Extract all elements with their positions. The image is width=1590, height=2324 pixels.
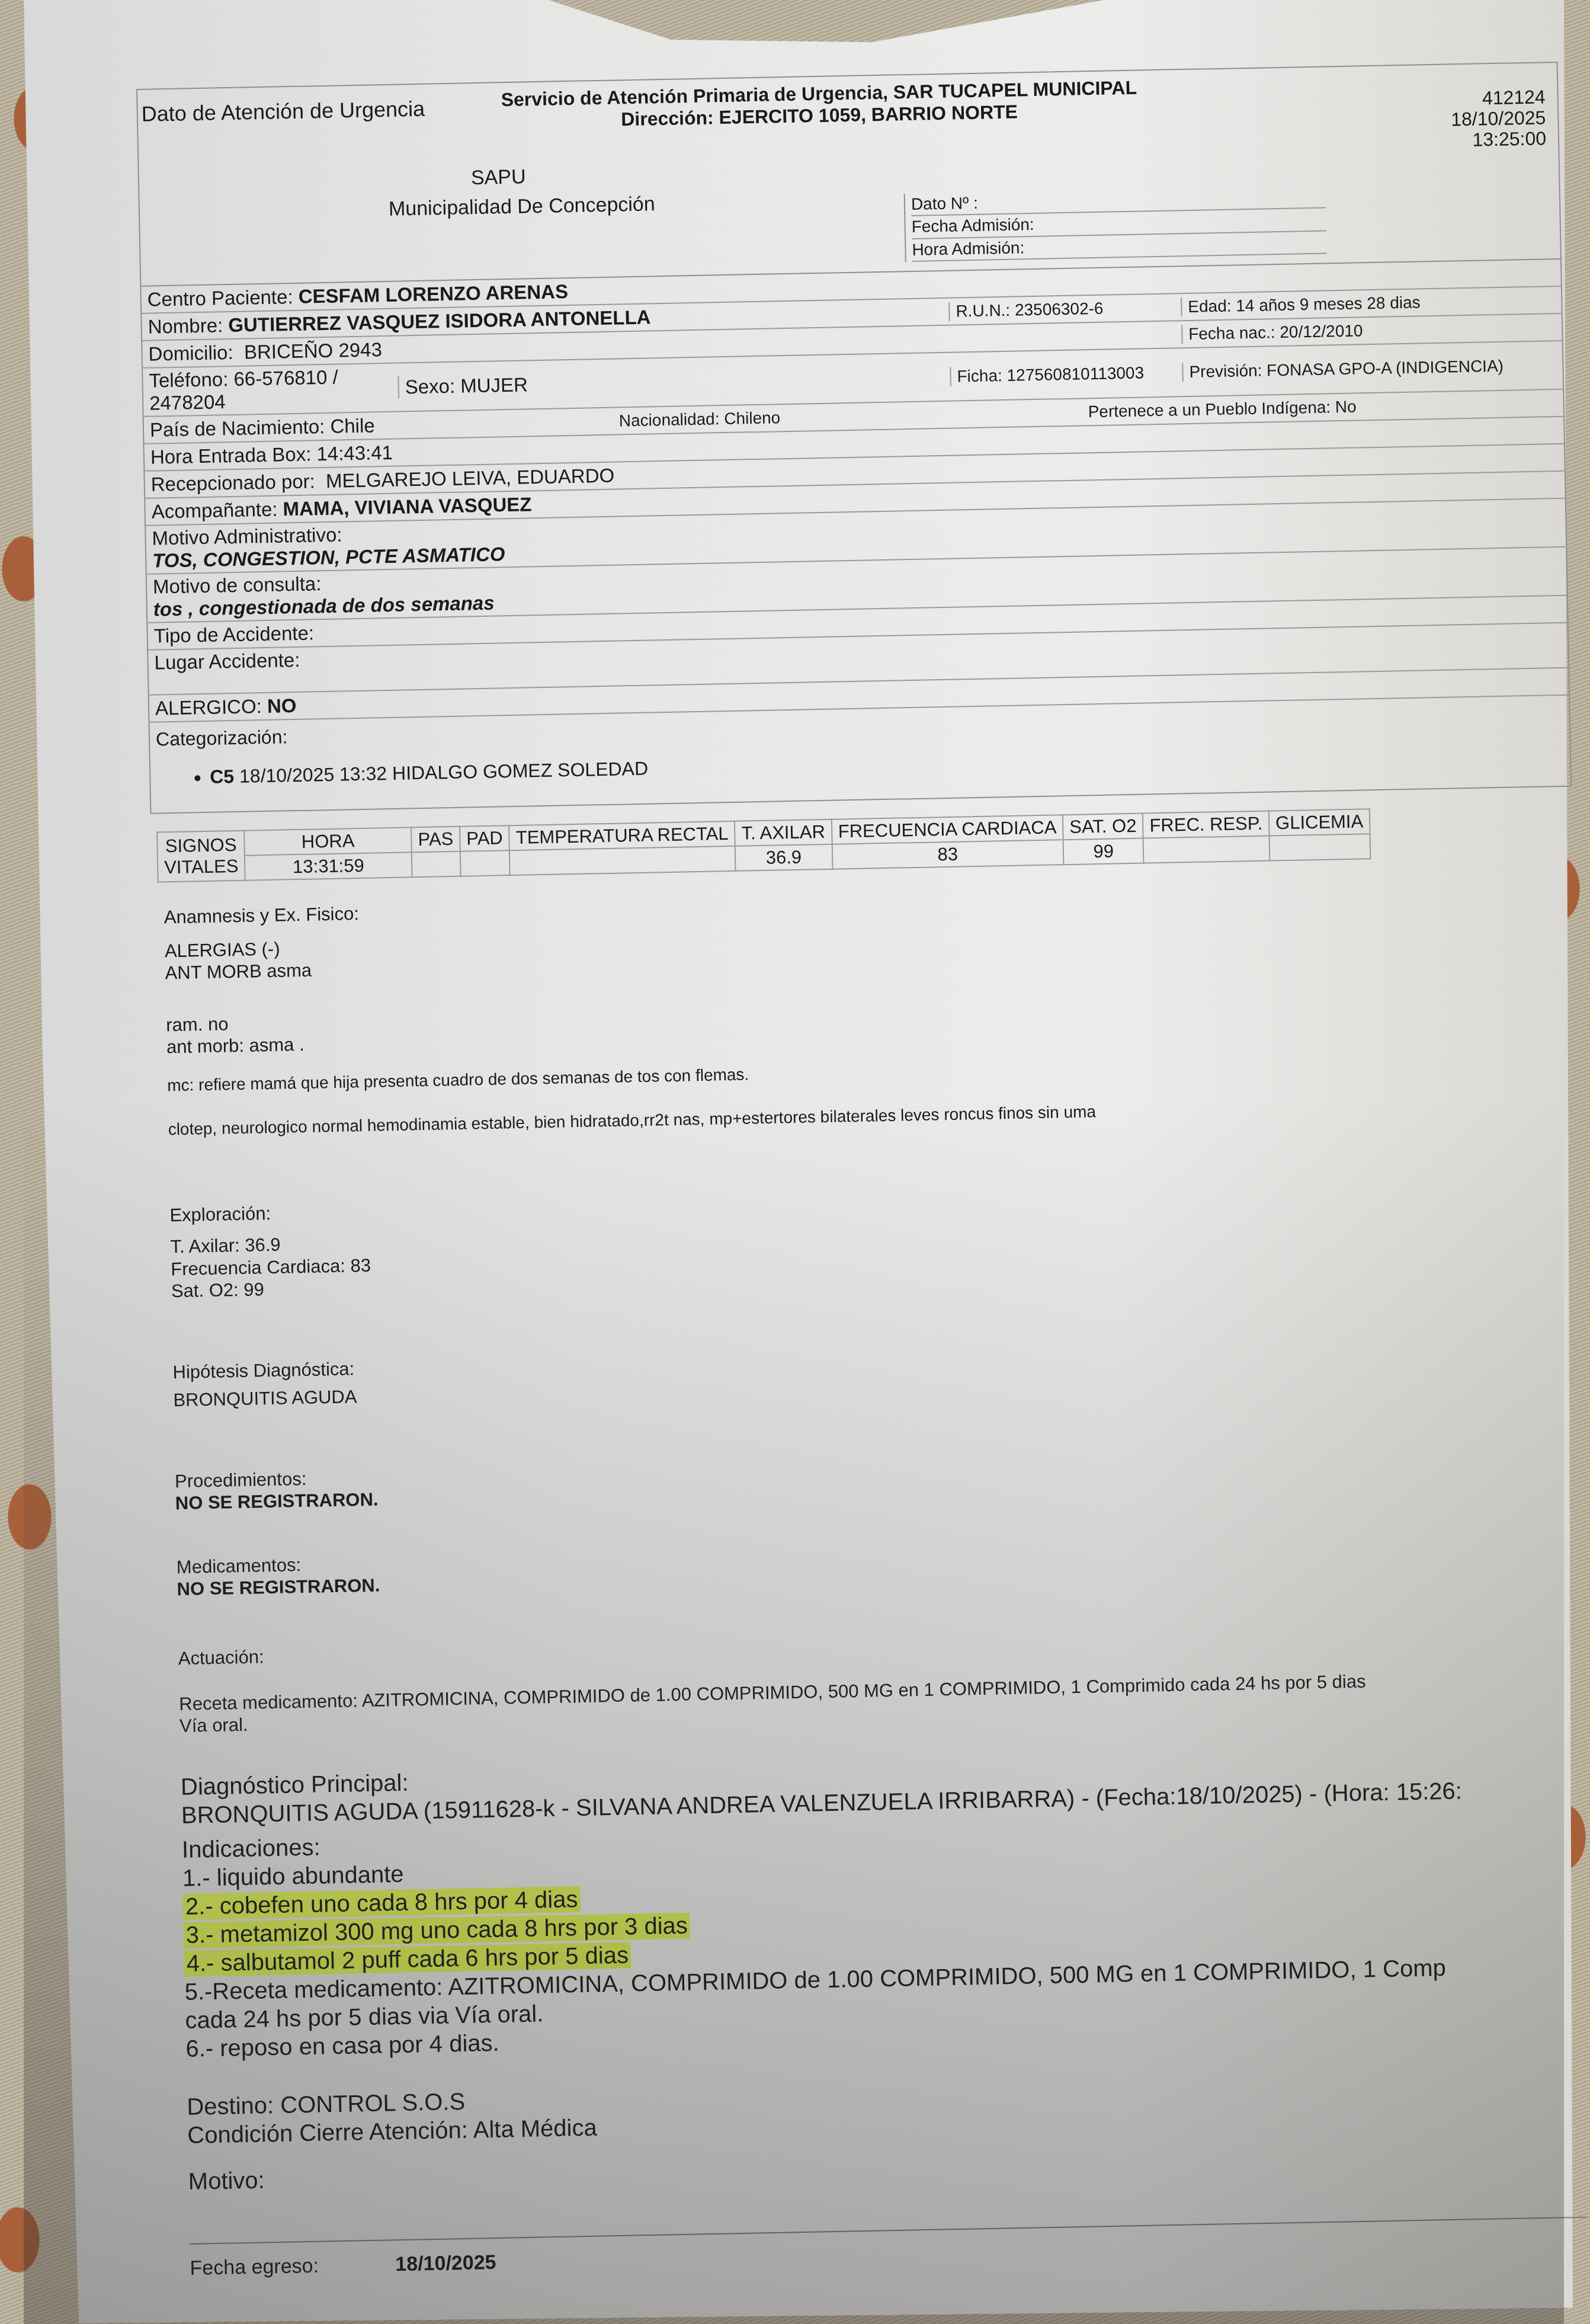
vitals-val-glicemia — [1270, 834, 1371, 860]
vitals-col-frec-cardiaca: FRECUENCIA CARDIACA — [831, 815, 1063, 844]
exploracion-lines: T. Axilar: 36.9 Frecuencia Cardiaca: 83 … — [170, 1209, 1569, 1302]
vitals-title: SIGNOSVITALES — [157, 831, 245, 882]
patient-info: Centro Paciente: CESFAM LORENZO ARENAS N… — [141, 260, 1570, 813]
vitals-col-pad: PAD — [460, 825, 509, 852]
pueblo-value: No — [1335, 398, 1357, 417]
fecha-egreso-value: 18/10/2025 — [395, 2251, 496, 2275]
indicacion-text: 1.- liquido abundante — [182, 1861, 404, 1891]
admission-block: Dato Nº : Fecha Admisión: Hora Admisión: — [904, 185, 1327, 262]
recepcionado-label: Recepcionado por: — [150, 470, 315, 495]
fecha-nac-value: 20/12/2010 — [1280, 321, 1363, 341]
edad-label: Edad: — [1188, 297, 1232, 316]
sexo-value: MUJER — [460, 373, 528, 396]
motivo-label: Motivo: — [188, 2140, 1586, 2195]
form-title: Dato de Atención de Urgencia — [141, 97, 425, 127]
vitals-val-frec-cardiaca: 83 — [832, 840, 1063, 869]
categorizacion-item: C5 18/10/2025 13:32 HIDALGO GOMEZ SOLEDA… — [210, 740, 1564, 788]
vitals-col-t-axilar: T. AXILAR — [735, 820, 832, 846]
municipality: Municipalidad De Concepción — [389, 193, 655, 221]
vitals-col-sat-o2: SAT. O2 — [1063, 814, 1143, 840]
record-meta: 412124 18/10/2025 13:25:00 — [1450, 87, 1546, 151]
record-header: Dato de Atención de Urgencia Servicio de… — [137, 63, 1560, 287]
pueblo-label: Pertenece a un Pueblo Indígena: — [1088, 398, 1331, 421]
vitals-col-temp-rectal: TEMPERATURA RECTAL — [509, 821, 735, 850]
vitals-val-temp-rectal — [509, 846, 736, 875]
acompanante-label: Acompañante: — [151, 498, 278, 523]
destino-label: Destino: — [187, 2092, 274, 2120]
centro-label: Centro Paciente: — [147, 286, 293, 311]
vitals-col-hora: HORA — [244, 827, 412, 855]
urgent-care-record: Dato de Atención de Urgencia Servicio de… — [136, 62, 1590, 2281]
clinical-notes: Anamnesis y Ex. Fisico: ALERGIAS (-) ANT… — [152, 856, 1590, 2281]
ficha-label: Ficha: — [957, 366, 1002, 385]
pais-label: País de Nacimiento: — [150, 415, 325, 441]
destino-value: CONTROL S.O.S — [280, 2089, 466, 2118]
alergico-value: NO — [267, 694, 297, 718]
edad-value: 14 años 9 meses 28 dias — [1236, 293, 1421, 315]
nombre-label: Nombre: — [148, 314, 223, 337]
lugar-accidente-label: Lugar Accidente: — [154, 649, 300, 674]
prevision-value: FONASA GPO-A (INDIGENCIA) — [1267, 357, 1504, 380]
pais-value: Chile — [330, 414, 375, 437]
vitals-val-pad — [460, 850, 510, 876]
prevision-label: Previsión: — [1189, 361, 1262, 381]
nacionalidad-value: Chileno — [724, 408, 781, 428]
hora-box-value: 14:43:41 — [316, 441, 393, 465]
indicacion-text: 6.- reposo en casa por 4 dias. — [185, 2030, 499, 2061]
motivo-consulta-note: mc: refiere mamá que hija presenta cuadr… — [167, 1049, 1565, 1096]
vitals-col-pas: PAS — [411, 827, 460, 853]
physical-exam-note: clotep, neurologico normal hemodinamia e… — [168, 1093, 1566, 1139]
alergico-label: ALERGICO: — [155, 695, 262, 719]
tipo-accidente-label: Tipo de Accidente: — [153, 622, 314, 647]
unit-name: SAPU — [471, 165, 526, 190]
acompanante-value: MAMA, VIVIANA VASQUEZ — [283, 493, 532, 520]
record-frame: Dato de Atención de Urgencia Servicio de… — [136, 62, 1572, 814]
vitals-val-t-axilar: 36.9 — [735, 844, 832, 871]
run-value: 23506302-6 — [1015, 299, 1104, 319]
hora-box-label: Hora Entrada Box: — [150, 443, 312, 468]
categorizacion-level: C5 — [210, 766, 235, 788]
service-block: Servicio de Atención Primaria de Urgenci… — [493, 76, 1145, 133]
vitals-val-hora: 13:31:59 — [245, 852, 412, 880]
indicaciones-list: 1.- liquido abundante2.- cobefen uno cad… — [182, 1837, 1584, 2063]
vitals-val-sat-o2: 99 — [1063, 838, 1144, 865]
vitals-val-frec-resp — [1143, 836, 1270, 863]
run-label: R.U.N.: — [956, 301, 1010, 321]
condicion-label: Condición Cierre Atención: — [187, 2117, 468, 2148]
vitals-col-glicemia: GLICEMIA — [1269, 809, 1370, 836]
vitals-title-1: SIGNOS — [165, 834, 237, 856]
categorizacion-detail: 18/10/2025 13:32 HIDALGO GOMEZ SOLEDAD — [239, 758, 649, 787]
vitals-col-frec-resp: FREC. RESP. — [1143, 811, 1269, 838]
telefono-label: Teléfono: — [149, 368, 229, 392]
domicilio-value: BRICEÑO 2943 — [244, 338, 383, 363]
ficha-value: 127560810113003 — [1006, 363, 1144, 384]
vitals-title-2: VITALES — [164, 856, 239, 878]
record-date: 18/10/2025 — [1451, 108, 1546, 130]
sexo-label: Sexo: — [405, 375, 455, 398]
vitals-val-pas — [412, 852, 461, 878]
recepcionado-value: MELGAREJO LEIVA, EDUARDO — [326, 465, 615, 492]
fecha-nac-label: Fecha nac.: — [1188, 323, 1275, 343]
fecha-egreso-label: Fecha egreso: — [190, 2254, 319, 2279]
notes-lines: ram. no ant morb: asma . — [166, 987, 1565, 1058]
centro-value: CESFAM LORENZO ARENAS — [298, 280, 568, 308]
actuacion-label: Actuación: — [178, 1621, 1576, 1669]
record-time: 13:25:00 — [1451, 129, 1547, 151]
nacionalidad-label: Nacionalidad: — [619, 409, 720, 430]
condicion-value: Alta Médica — [473, 2114, 597, 2143]
domicilio-label: Domicilio: — [148, 341, 233, 365]
record-number: 412124 — [1450, 87, 1546, 109]
